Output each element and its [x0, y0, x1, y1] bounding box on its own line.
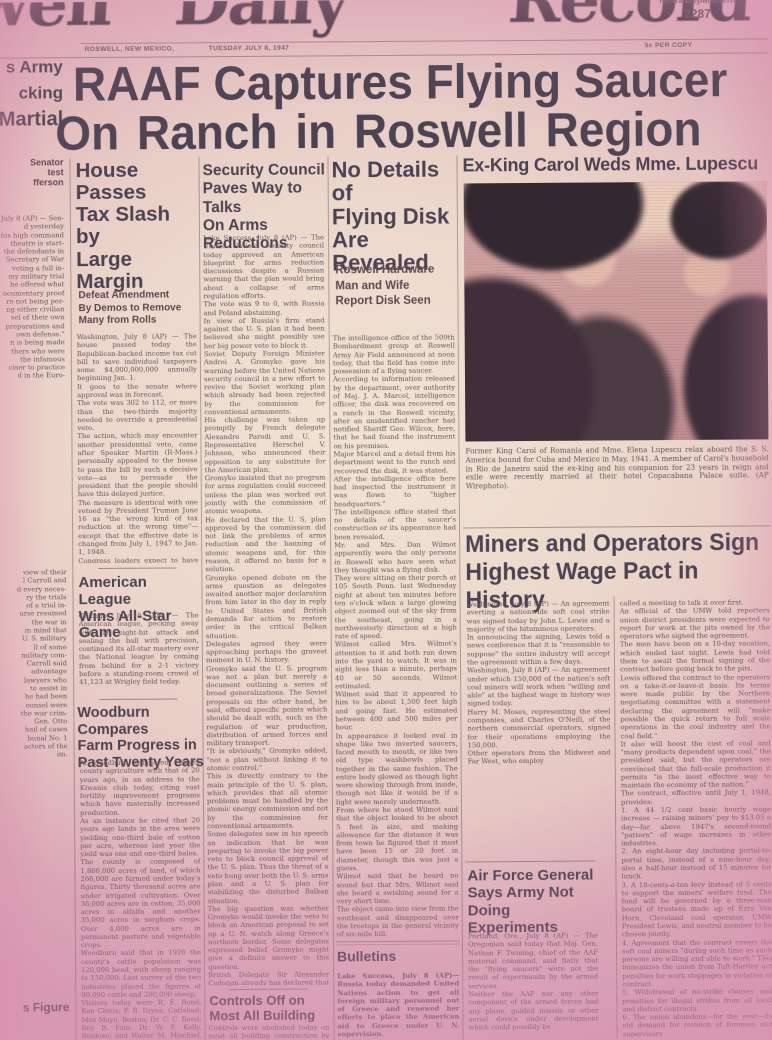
left-strip-headline-fragment-3: Martial — [0, 108, 63, 131]
left-strip-figure-fragment: s Figure — [3, 1000, 69, 1014]
miners-title-line1: Miners and Operators Sign — [465, 528, 772, 558]
left-strip-headline-fragment-2: cking — [0, 83, 63, 103]
main-headline-line2: On Ranch in Roswell Region — [55, 101, 702, 162]
newspaper-photo: well Daily Record News Department 2287 R… — [0, 0, 772, 1040]
air-force-body: Portland, Ore., July 8 (AP) — The Oregon… — [468, 932, 599, 1039]
controls-title: Controls Off on Most All Building — [209, 993, 333, 1023]
dateline-place: ROSWELL, NEW MEXICO, — [85, 45, 175, 53]
all-star-body: Chicago, July 8 (AP) — The American leag… — [79, 611, 200, 696]
left-edge-column: s Army cking Martial Senator test fferso… — [0, 57, 64, 187]
bulletins-body: Lake Success, July 8 (AP)—Russia today d… — [337, 972, 459, 1039]
section-divider-1 — [98, 567, 176, 569]
security-council-body: Lake Success, July 8 (AP) — The United N… — [203, 233, 329, 986]
flying-disk-title: No Details of Flying Disk Are Revealed — [331, 157, 458, 274]
flying-disk-body: The intelligence office of the 509th Bom… — [333, 334, 459, 939]
column-rule-5 — [614, 596, 618, 1038]
ex-king-caption: Former King Carol of Romania and Mme. El… — [465, 445, 769, 525]
house-tax-title: House Passes Tax Slash by Large Margin — [75, 159, 198, 293]
dateline-date: TUESDAY JULY 8, 1947 — [209, 45, 290, 53]
newspaper-page: well Daily Record News Department 2287 R… — [0, 0, 772, 1040]
left-strip-subhead-fragment-3: fferson — [0, 177, 64, 187]
miners-body-right: called a meeting to talk it over first. … — [620, 598, 772, 1037]
section-divider-2 — [99, 698, 177, 700]
left-strip-headline-fragment-1: s Army — [0, 57, 63, 77]
ex-king-photo-grain — [464, 181, 769, 441]
news-department-box: News Department 2287 — [632, 0, 762, 21]
bulletins-rule-1 — [336, 940, 460, 942]
price-label: 5c PER COPY — [645, 42, 693, 49]
air-force-rule — [465, 861, 595, 863]
ex-king-photo — [464, 181, 769, 441]
bulletins-rule-2 — [336, 943, 460, 945]
left-strip-body-bottom: view of their l Carroll and d every nece… — [0, 568, 69, 992]
news-department-phone: 2287 — [632, 6, 762, 21]
masthead-word-fragment-1: well — [0, 0, 113, 41]
woodburn-body: Al Woodburn compared Chaves county agric… — [80, 758, 202, 1040]
flying-disk-subhead: Roswell Hardware Man and Wife Report Dis… — [335, 263, 434, 310]
left-strip-subhead-fragment-2: test — [0, 167, 64, 177]
controls-body: Controls were abolished today on most al… — [209, 1023, 330, 1040]
miners-body-left: Washington, July 8 (AP) — An agreement a… — [467, 599, 612, 856]
house-tax-body: Washington, July 8 (AP) — The house pass… — [77, 332, 199, 563]
left-strip-body-top: July 8 (AP) — Sen- d yesterday his high … — [0, 214, 66, 558]
ex-king-title: Ex-King Carol Weds Mme. Lupescu — [462, 153, 767, 176]
air-force-title: Air Force General Says Army Not Doing Ex… — [467, 866, 602, 936]
masthead-word-fragment-2: Daily — [172, 0, 349, 40]
news-department-label: News Department — [632, 0, 762, 5]
left-strip-subhead-fragment-1: Senator — [0, 157, 64, 167]
bulletins-title: Bulletins — [337, 947, 461, 964]
house-tax-subhead: Defeat Amendment By Demos to Remove Many… — [78, 289, 181, 327]
section-divider-3 — [229, 989, 307, 991]
